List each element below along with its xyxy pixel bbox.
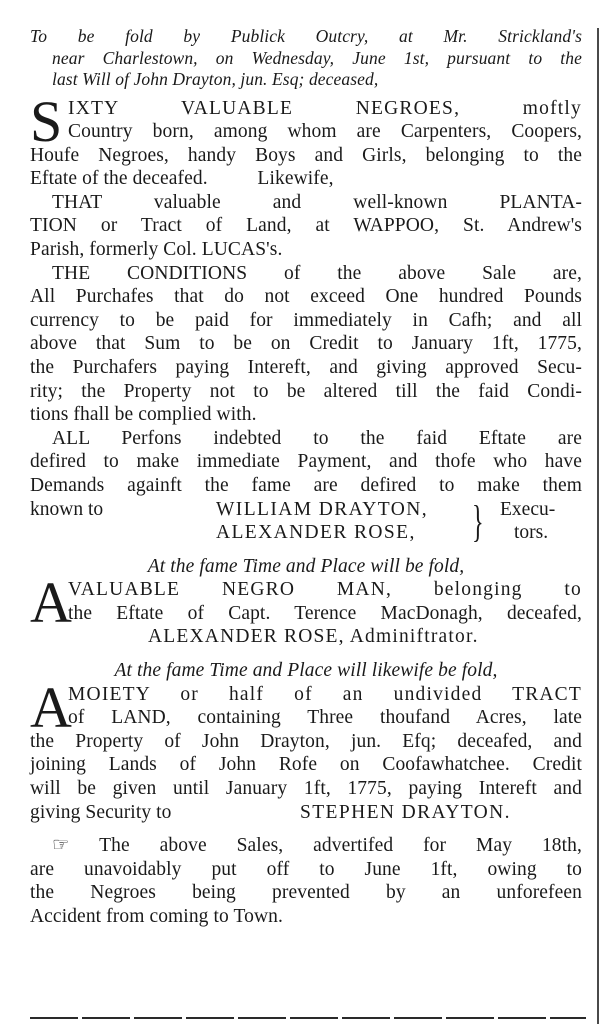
sale-line: Country born, among whom are Carpenters,… <box>30 120 582 144</box>
conditions-line: THE CONDITIONS of the above Sale are, <box>30 262 582 286</box>
plantation-line: TION or Tract of Land, at WAPPOO, St. An… <box>30 214 582 238</box>
sale-line: the Property of John Drayton, jun. Efq; … <box>30 730 582 754</box>
sale-line: of LAND, containing Three thoufand Acres… <box>30 706 582 730</box>
known-to-label: known to <box>30 498 103 522</box>
sale-last-line: giving Security to STEPHEN DRAYTON. <box>30 801 582 825</box>
postponement-notice: ☞ The above Sales, advertifed for May 18… <box>30 834 582 928</box>
postponement-line: the Negroes being prevented by an unfore… <box>30 881 582 905</box>
newspaper-advertisement: To be fold by Publick Outcry, at Mr. Str… <box>30 26 582 929</box>
role-line: Execu- <box>500 498 555 522</box>
debts-section: ALL Perfons indebted to the faid Eftate … <box>30 427 582 545</box>
sale-line: the Eftate of Capt. Terence MacDonagh, d… <box>30 602 582 626</box>
debts-line: defired to make immediate Payment, and t… <box>30 450 582 474</box>
column-rule <box>597 28 599 1024</box>
plantation-section: THAT valuable and well-known PLANTA- TIO… <box>30 191 582 262</box>
brace-glyph: } <box>472 498 484 545</box>
header-line: near Charlestown, on Wednesday, June 1st… <box>30 48 582 70</box>
sale-line: IXTY VALUABLE NEGROES, moftly <box>30 97 582 121</box>
sale-three-section: At the fame Time and Place will likewife… <box>30 659 582 824</box>
conditions-line: rity; the Property not to be altered til… <box>30 380 582 404</box>
debts-line: ALL Perfons indebted to the faid Eftate … <box>30 427 582 451</box>
executor-name: ALEXANDER ROSE, <box>216 521 428 545</box>
postponement-line: ☞ The above Sales, advertifed for May 18… <box>30 834 582 858</box>
executor-names: WILLIAM DRAYTON, ALEXANDER ROSE, <box>216 498 428 545</box>
drop-cap: A <box>30 683 72 733</box>
sale-two-body: A VALUABLE NEGRO MAN, belonging to the E… <box>30 578 582 649</box>
manicule-icon: ☞ <box>52 835 70 856</box>
sale-three-body: A MOIETY or half of an undivided TRACT o… <box>30 683 582 825</box>
sale-line: MOIETY or half of an undivided TRACT <box>30 683 582 707</box>
sale-two-section: At the fame Time and Place will be fold,… <box>30 555 582 649</box>
role-line: tors. <box>500 521 555 545</box>
conditions-line: currency to be paid for immediately in C… <box>30 309 582 333</box>
sale-line: VALUABLE NEGRO MAN, belonging to <box>30 578 582 602</box>
plantation-line: Parish, formerly Col. LUCAS's. <box>30 238 582 262</box>
sale-line: Eftate of the deceafed. Likewife, <box>30 167 582 191</box>
security-to-label: giving Security to <box>30 802 172 823</box>
sale-line: will be given until January 1ft, 1775, p… <box>30 777 582 801</box>
drop-cap: S <box>30 97 62 147</box>
drop-cap: A <box>30 578 72 628</box>
conditions-section: THE CONDITIONS of the above Sale are, Al… <box>30 262 582 427</box>
ad-header: To be fold by Publick Outcry, at Mr. Str… <box>30 26 582 91</box>
section-heading: At the fame Time and Place will likewife… <box>30 659 582 683</box>
debts-line: Demands againft the fame are defired to … <box>30 474 582 498</box>
executor-name: WILLIAM DRAYTON, <box>216 498 428 522</box>
header-line: To be fold by Publick Outcry, at Mr. Str… <box>30 26 582 48</box>
stephen-drayton-signature: STEPHEN DRAYTON. <box>300 801 511 825</box>
sale-one-section: S IXTY VALUABLE NEGROES, moftly Country … <box>30 97 582 191</box>
conditions-line: above that Sum to be on Credit to Januar… <box>30 332 582 356</box>
postponement-text: The above Sales, advertifed for May 18th… <box>99 835 582 856</box>
sale-line: joining Lands of John Rofe on Coofawhatc… <box>30 753 582 777</box>
header-line: last Will of John Drayton, jun. Esq; dec… <box>30 69 582 91</box>
executors-role: Execu- tors. <box>500 498 555 545</box>
executors-signature-block: known to WILLIAM DRAYTON, ALEXANDER ROSE… <box>30 498 582 545</box>
conditions-line: All Purchafes that do not exceed One hun… <box>30 285 582 309</box>
administrator-signature: ALEXANDER ROSE, Adminiftrator. <box>30 625 582 649</box>
section-divider-rule <box>30 1017 586 1019</box>
conditions-line: tions fhall be complied with. <box>30 403 582 427</box>
sale-line: Houfe Negroes, handy Boys and Girls, bel… <box>30 144 582 168</box>
section-heading: At the fame Time and Place will be fold, <box>30 555 582 579</box>
plantation-line: THAT valuable and well-known PLANTA- <box>30 191 582 215</box>
conditions-line: the Purchafers paying Intereft, and givi… <box>30 356 582 380</box>
postponement-line: Accident from coming to Town. <box>30 905 582 929</box>
postponement-line: are unavoidably put off to June 1ft, owi… <box>30 858 582 882</box>
